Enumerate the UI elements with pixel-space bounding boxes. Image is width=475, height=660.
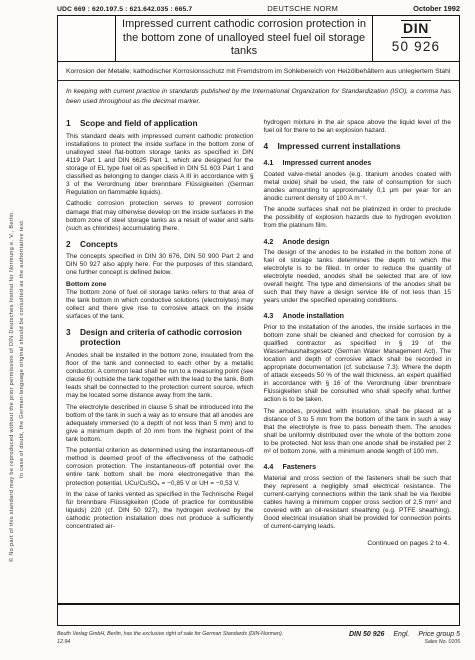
document-frame: Impressed current cathodic corrosion pro… (57, 15, 460, 626)
definition-term: Bottom zone (66, 281, 254, 288)
paragraph: The anodes, provided with insulation, sh… (264, 408, 452, 456)
copyright-vertical-text: © No part of this standard may be reprod… (9, 211, 15, 562)
heading-number: 1 (66, 119, 80, 129)
section-heading-4.4: 4.4Fasteners (264, 463, 452, 472)
heading-text: Scope and field of application (80, 119, 198, 129)
deutsche-norm-label: DEUTSCHE NORM (267, 4, 338, 13)
udc-number: UDC 669 : 620.197.5 : 621.642.035 : 665.… (57, 6, 192, 13)
footer-publisher: Beuth Verlag GmbH, Berlin, has the exclu… (57, 631, 283, 639)
heading-number: 4.3 (264, 312, 283, 321)
heading-number: 4.4 (264, 463, 283, 472)
paragraph: Cathodic corrosion protection serves to … (66, 200, 254, 232)
footer-print-code: 12.94 (57, 639, 283, 647)
paragraph: In the case of tanks vented as specified… (66, 491, 254, 531)
section-heading-4: 4Impressed current installations (264, 142, 452, 152)
column-left: 1Scope and field of applicationThis stan… (66, 119, 254, 603)
heading-text: Impressed current anodes (283, 159, 372, 168)
footer-price-group: Price group 5 (418, 631, 460, 638)
paragraph: The design of the anodes to be installed… (264, 249, 452, 305)
heading-text: Impressed current installations (278, 142, 401, 152)
paragraph: hydrogen mixture in the air space above … (264, 119, 452, 135)
language-note-vertical-text: In case of doubt, the German-language or… (19, 219, 25, 478)
footer-reference-block: DIN 50 926 Engl. Price group 5 Sales No.… (349, 631, 460, 645)
heading-number: 2 (66, 240, 80, 250)
section-heading-3: 3Design and criteria of cathodic corrosi… (66, 328, 254, 348)
heading-number: 4 (264, 142, 278, 152)
section-heading-4.2: 4.2Anode design (264, 238, 452, 247)
footer: Beuth Verlag GmbH, Berlin, has the exclu… (57, 631, 460, 647)
paragraph: Coated valve-metal anodes (e.g. titanium… (264, 171, 452, 203)
section-heading-4.3: 4.3Anode installation (264, 312, 452, 321)
column-right: hydrogen mixture in the air space above … (264, 119, 452, 603)
publication-date: October 1992 (413, 4, 460, 13)
heading-text: Fasteners (283, 463, 317, 472)
section-heading-2: 2Concepts (66, 240, 254, 250)
din-logo: DIN (401, 20, 431, 38)
section-heading-4.1: 4.1Impressed current anodes (264, 159, 452, 168)
paragraph: The anode surfaces shall not be platiniz… (264, 206, 452, 230)
heading-text: Anode design (283, 238, 330, 247)
heading-text: Anode installation (283, 312, 344, 321)
section-heading-1: 1Scope and field of application (66, 119, 254, 129)
paragraph: Material and cross section of the fasten… (264, 475, 452, 531)
paragraph: The electrolyte described in clause 5 sh… (66, 404, 254, 444)
footer-publisher-block: Beuth Verlag GmbH, Berlin, has the exclu… (57, 631, 283, 647)
german-subtitle: Korrosion der Metalle; kathodischer Korr… (58, 62, 459, 81)
paragraph: The bottom zone of fuel oil storage tank… (66, 289, 254, 321)
title-blank-cell (58, 16, 116, 61)
din-designation-box: DIN 50 926 (372, 16, 459, 61)
document-title: Impressed current cathodic corrosion pro… (116, 16, 372, 61)
footer-language: Engl. (393, 631, 409, 638)
paragraph: Prior to the installation of the anodes,… (264, 324, 452, 404)
iso-decimal-note: In keeping with current practice in stan… (58, 81, 459, 106)
heading-number: 4.1 (264, 159, 283, 168)
din-number: 50 926 (373, 39, 459, 54)
body-columns: 1Scope and field of applicationThis stan… (58, 106, 459, 603)
imprint-strip (58, 603, 459, 625)
paragraph: This standard deals with impressed curre… (66, 133, 254, 197)
heading-text: Concepts (80, 240, 118, 250)
paragraph: The potential criterion as determined us… (66, 447, 254, 487)
footer-sales-no: Sales No. 0105 (349, 639, 460, 645)
heading-text: Design and criteria of cathodic corrosio… (80, 328, 254, 348)
paragraph: Anodes shall be installed in the bottom … (66, 352, 254, 400)
title-box: Impressed current cathodic corrosion pro… (58, 16, 459, 62)
heading-number: 3 (66, 328, 80, 348)
header-row: UDC 669 : 620.197.5 : 621.642.035 : 665.… (57, 4, 460, 13)
continued-note: Continued on pages 2 to 4. (264, 540, 452, 547)
footer-doc-ref: DIN 50 926 (349, 631, 384, 638)
paragraph: The concepts specified in DIN 30 676, DI… (66, 253, 254, 277)
heading-number: 4.2 (264, 238, 283, 247)
